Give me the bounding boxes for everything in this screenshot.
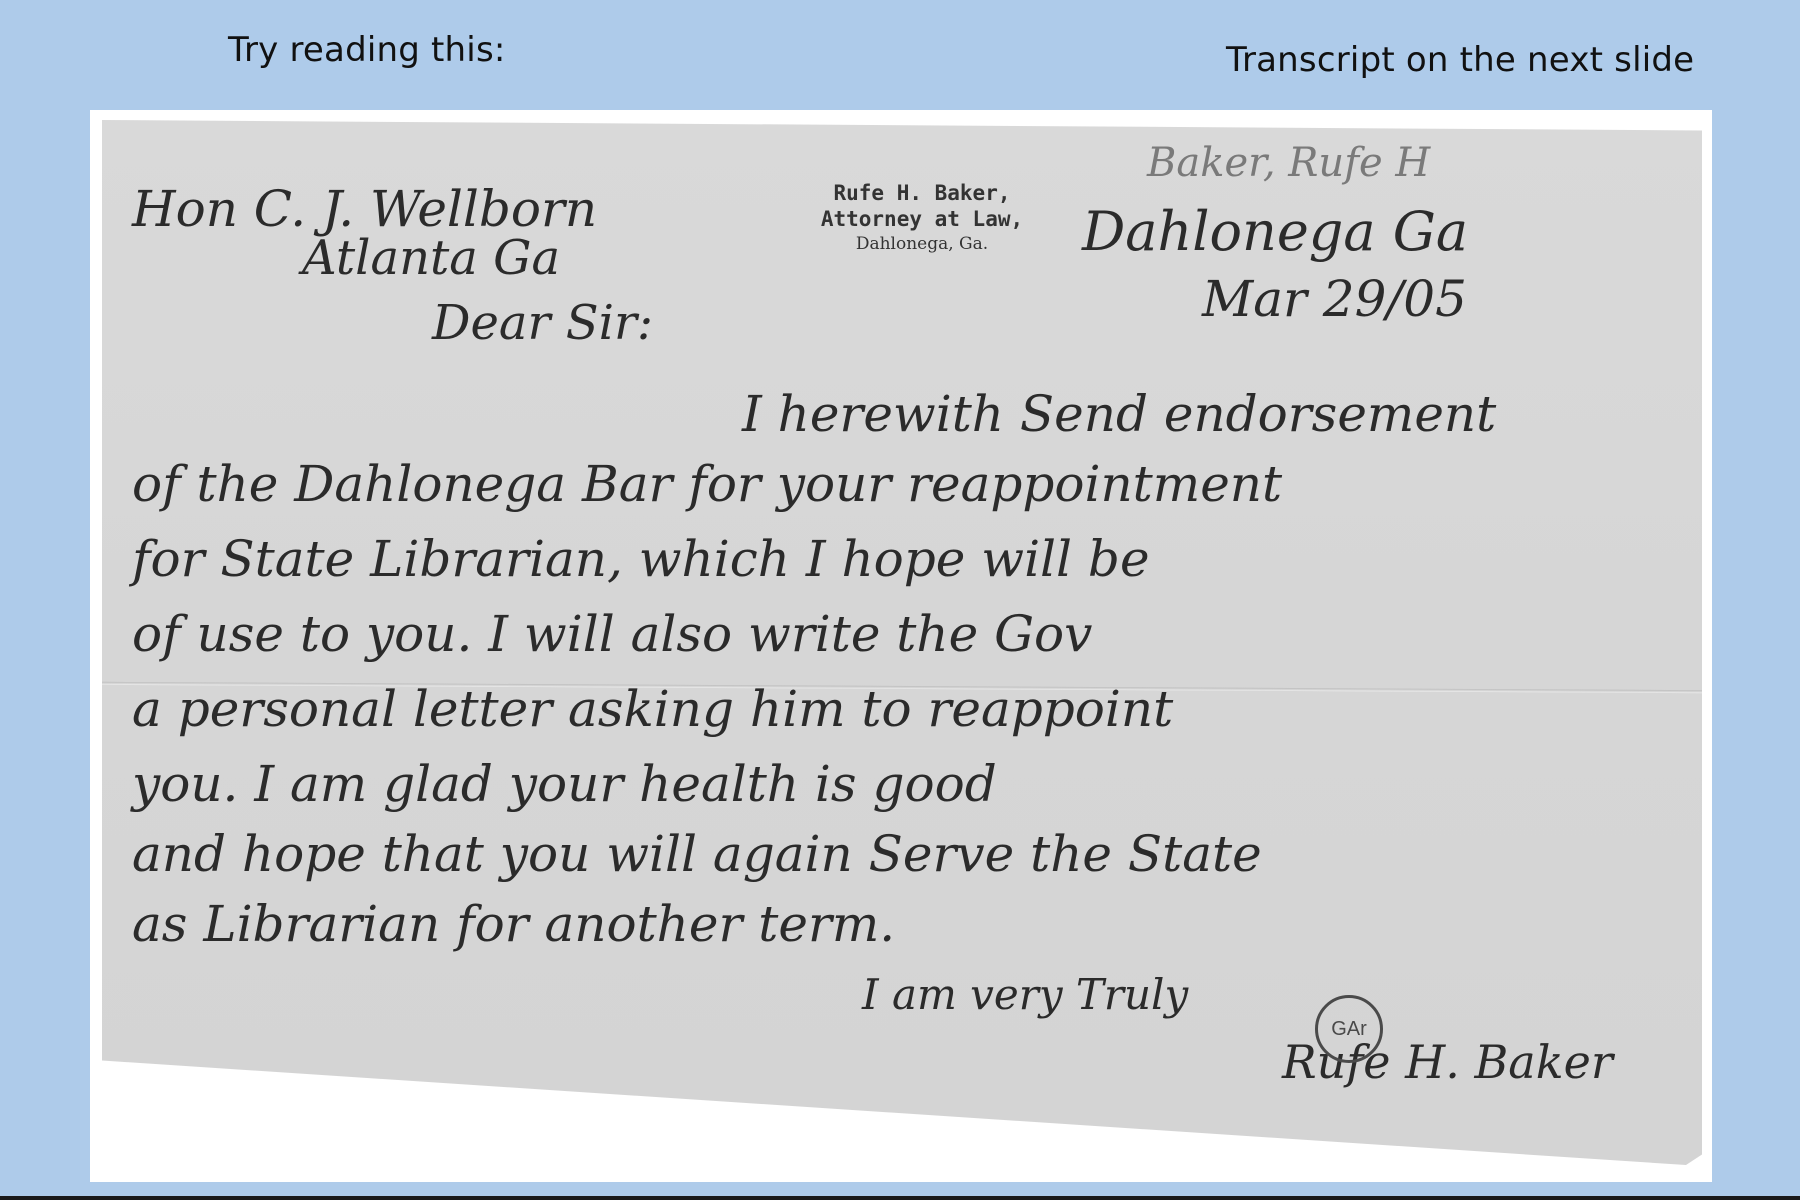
letterhead-name: Rufe H. Baker, bbox=[802, 180, 1042, 206]
slide-title-right: Transcript on the next slide bbox=[1226, 40, 1694, 80]
letter-scan-image: Rufe H. Baker, Attorney at Law, Dahloneg… bbox=[90, 110, 1712, 1182]
letterhead: Rufe H. Baker, Attorney at Law, Dahloneg… bbox=[802, 180, 1042, 256]
place-line: Dahlonega Ga bbox=[1082, 200, 1468, 263]
letter-paper: Rufe H. Baker, Attorney at Law, Dahloneg… bbox=[102, 120, 1702, 1165]
body-line: of the Dahlonega Bar for your reappointm… bbox=[132, 455, 1282, 513]
body-line: a personal letter asking him to reappoin… bbox=[132, 680, 1173, 738]
slide-title-left: Try reading this: bbox=[228, 30, 506, 70]
letterhead-place: Dahlonega, Ga. bbox=[802, 232, 1042, 256]
body-line: you. I am glad your health is good bbox=[132, 755, 997, 813]
slide-bottom-border bbox=[0, 1196, 1800, 1200]
body-line: as Librarian for another term. bbox=[132, 895, 895, 953]
addressee-city: Atlanta Ga bbox=[302, 230, 560, 286]
body-line: for State Librarian, which I hope will b… bbox=[132, 530, 1150, 588]
date-line: Mar 29/05 bbox=[1202, 270, 1467, 328]
closing: I am very Truly bbox=[862, 970, 1188, 1019]
body-line: and hope that you will again Serve the S… bbox=[132, 825, 1262, 883]
salutation: Dear Sir: bbox=[432, 295, 653, 351]
pencil-archive-note: Baker, Rufe H bbox=[1147, 140, 1430, 186]
body-line: of use to you. I will also write the Gov bbox=[132, 605, 1092, 663]
letterhead-title: Attorney at Law, bbox=[802, 206, 1042, 232]
body-line: I herewith Send endorsement bbox=[742, 385, 1496, 443]
archive-stamp-icon: GAr bbox=[1315, 995, 1383, 1063]
